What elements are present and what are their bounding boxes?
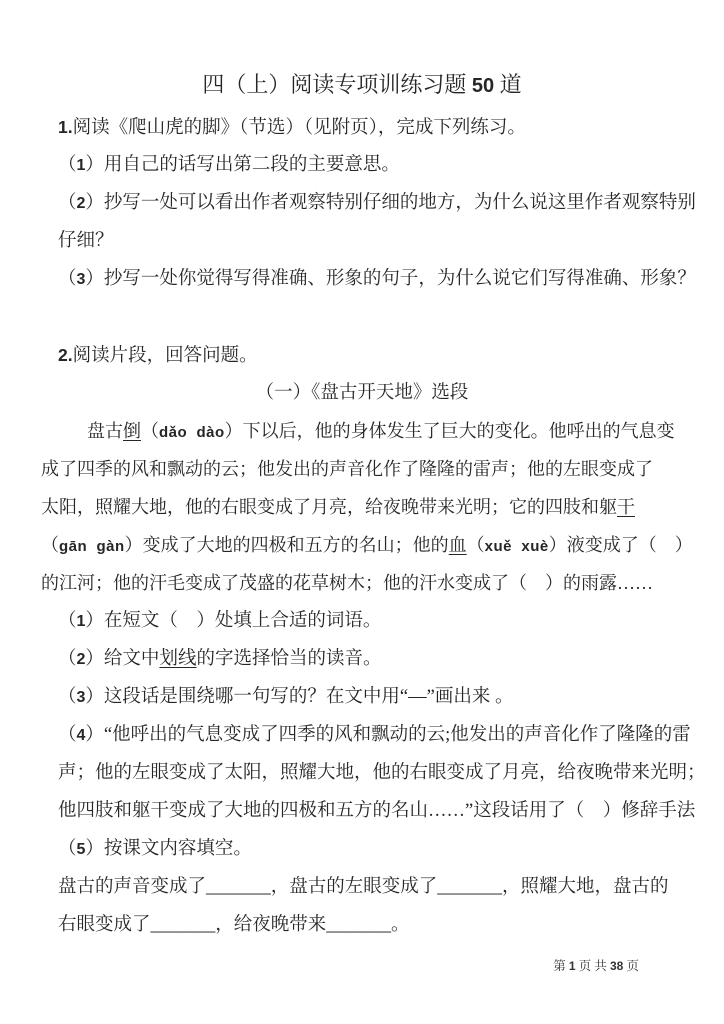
item-paren-open: （	[58, 611, 77, 631]
doc-title: 四（上）阅读专项训练习题 50 道	[58, 62, 666, 108]
passage-line-1: 盘古倒（dǎo dào）下以后，他的身体发生了巨大的变化。他呼出的气息变	[41, 412, 714, 450]
footer-total-pages: 38	[610, 959, 623, 973]
question-1-item-2: （2）抄写一处可以看出作者观察特别仔细的地方，为什么说这里作者观察特别	[58, 184, 714, 222]
item-paren-open: （	[58, 725, 77, 745]
question-2-number: 2.	[58, 345, 73, 365]
question-2-item-1: （1）在短文（ ）处填上合适的词语。	[58, 602, 714, 640]
passage-text: （	[141, 421, 159, 441]
item-text: ）在短文（ ）处填上合适的词语。	[85, 611, 381, 631]
passage-text: 盘古	[87, 421, 123, 441]
question-2-item-2: （2）给文中划线的字选择恰当的读音。	[58, 640, 714, 678]
item-text: ）这段话是围绕哪一句写的？在文中用“—”画出来 。	[85, 687, 513, 707]
passage-text: ）下以后，他的身体发生了巨大的变化。他呼出的气息变	[225, 421, 675, 441]
fill-blank-line-2: 右眼变成了_______，给夜晚带来_______。	[58, 906, 714, 944]
item-text: ）“他呼出的气息变成了四季的风和飘动的云;他发出的声音化作了隆隆的雷	[85, 725, 690, 745]
fill-blank-line-1: 盘古的声音变成了_______，盘古的左眼变成了_______，照耀大地，盘古的	[58, 868, 714, 906]
underlined-char: 血	[449, 535, 467, 555]
item-text: 他四肢和躯干变成了大地的四极和五方的名山……”这段话用了（ ）修辞手法	[58, 801, 695, 821]
question-2-heading: 2.阅读片段，回答问题。	[58, 336, 714, 374]
passage-line-4: （gān gàn）变成了大地的四极和五方的名山；他的血（xuě xuè）液变成了…	[41, 526, 714, 564]
pinyin-options: dǎo dào	[159, 424, 225, 441]
question-2-item-4-continuation-1: 声；他的左眼变成了太阳，照耀大地，他的右眼变成了月亮，给夜晚带来光明；	[58, 754, 714, 792]
item-text: ）按课文内容填空。	[85, 839, 252, 859]
item-paren-open: （	[58, 155, 77, 175]
item-text: ）用自己的话写出第二段的主要意思。	[85, 155, 400, 175]
question-1-heading: 1.阅读《爬山虎的脚》（节选）（见附页），完成下列练习。	[58, 108, 714, 146]
passage-text: （	[41, 535, 59, 555]
passage-title: （一）《盘古开天地》选段	[58, 374, 666, 412]
footer-text: 页	[623, 959, 639, 973]
item-paren-open: （	[58, 649, 77, 669]
fill-blank-text: 盘古的声音变成了_______，盘古的左眼变成了_______，照耀大地，盘古的	[58, 877, 669, 897]
footer-text: 页 共	[576, 959, 610, 973]
passage-title-text: （一）《盘古开天地》选段	[256, 383, 469, 403]
item-text: ）抄写一处可以看出作者观察特别仔细的地方，为什么说这里作者观察特别	[85, 193, 696, 213]
pinyin-options: xuě xuè	[485, 538, 549, 555]
passage-line-2: 成了四季的风和飘动的云；他发出的声音化作了隆隆的雷声；他的左眼变成了	[41, 450, 714, 488]
question-1-item-2-continuation: 仔细？	[58, 222, 714, 260]
item-text: 声；他的左眼变成了太阳，照耀大地，他的右眼变成了月亮，给夜晚带来光明；	[58, 763, 706, 783]
passage-line-5: 的江河；他的汗毛变成了茂盛的花草树木；他的汗水变成了（ ）的雨露……	[41, 564, 714, 602]
passage-text: 成了四季的风和飘动的云；他发出的声音化作了隆隆的雷声；他的左眼变成了	[41, 459, 653, 479]
item-text: 的字选择恰当的读音。	[196, 649, 381, 669]
doc-title-text-right: 道	[494, 72, 522, 97]
passage-text: 太阳，照耀大地，他的右眼变成了月亮，给夜晚带来光明；它的四肢和躯	[41, 497, 617, 517]
underlined-word: 划线	[159, 649, 196, 669]
question-2-item-5: （5）按课文内容填空。	[58, 830, 714, 868]
doc-title-text-left: 四（上）阅读专项训练习题	[202, 72, 472, 97]
blank-line	[58, 298, 714, 336]
question-2-item-3: （3）这段话是围绕哪一句写的？在文中用“—”画出来 。	[58, 678, 714, 716]
question-1-number: 1.	[58, 117, 73, 137]
page-footer: 第 1 页 共 38 页	[0, 954, 724, 978]
footer-page-number: 1	[569, 959, 576, 973]
item-text: 仔细？	[58, 231, 114, 251]
question-2-heading-text: 阅读片段，回答问题。	[73, 346, 258, 366]
underlined-char: 倒	[123, 421, 141, 441]
passage-text: ）液变成了（ ）	[549, 535, 693, 555]
fill-blank-text: 右眼变成了_______，给夜晚带来_______。	[58, 915, 410, 935]
passage-text: 的江河；他的汗毛变成了茂盛的花草树木；他的汗水变成了（ ）的雨露……	[41, 573, 653, 593]
item-text: ）抄写一处你觉得写得准确、形象的句子，为什么说它们写得准确、形象？	[85, 269, 696, 289]
question-2-item-4-continuation-2: 他四肢和躯干变成了大地的四极和五方的名山……”这段话用了（ ）修辞手法	[58, 792, 714, 830]
question-1-item-1: （1）用自己的话写出第二段的主要意思。	[58, 146, 714, 184]
pinyin-options: gān gàn	[59, 538, 125, 555]
item-paren-open: （	[58, 193, 77, 213]
question-1-heading-text: 阅读《爬山虎的脚》（节选）（见附页），完成下列练习。	[73, 118, 526, 138]
doc-title-count: 50	[472, 75, 494, 97]
question-2-item-4: （4）“他呼出的气息变成了四季的风和飘动的云;他发出的声音化作了隆隆的雷	[58, 716, 714, 754]
passage-line-3: 太阳，照耀大地，他的右眼变成了月亮，给夜晚带来光明；它的四肢和躯干	[41, 488, 714, 526]
item-text: ）给文中	[85, 649, 159, 669]
question-1-item-3: （3）抄写一处你觉得写得准确、形象的句子，为什么说它们写得准确、形象？	[58, 260, 714, 298]
passage-text: （	[467, 535, 485, 555]
item-paren-open: （	[58, 269, 77, 289]
footer-text: 第	[553, 959, 569, 973]
item-paren-open: （	[58, 687, 77, 707]
document-page: 四（上）阅读专项训练习题 50 道 1.阅读《爬山虎的脚》（节选）（见附页），完…	[0, 0, 724, 1024]
item-paren-open: （	[58, 839, 77, 859]
underlined-char: 干	[617, 497, 635, 517]
passage-text: ）变成了大地的四极和五方的名山；他的	[125, 535, 449, 555]
